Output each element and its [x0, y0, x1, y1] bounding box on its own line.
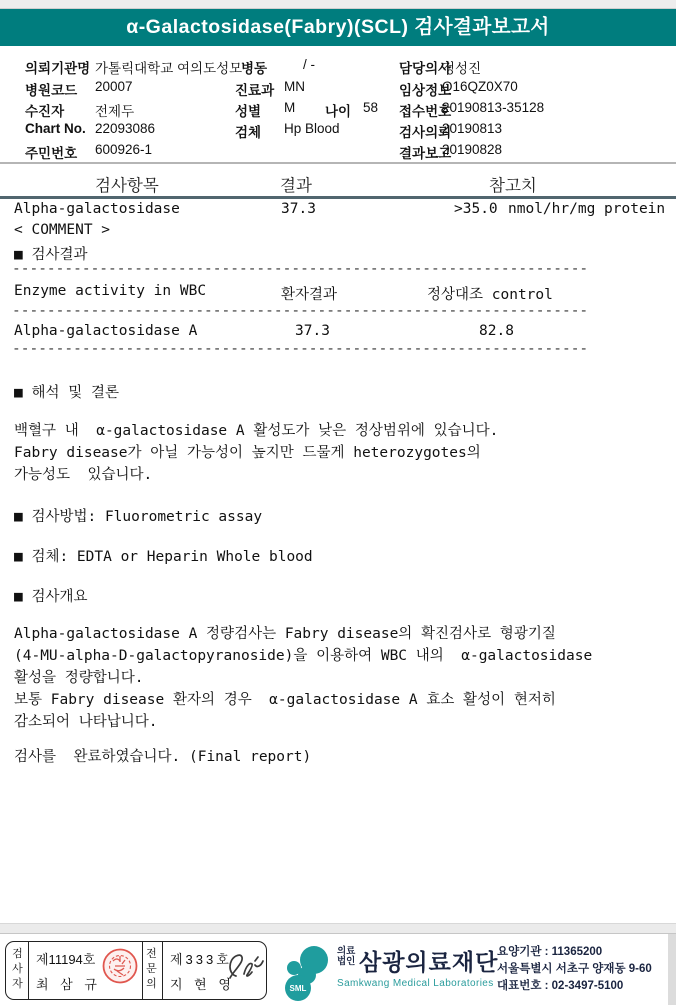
address-line: 서울특별시 서초구 양재동 9-60 — [497, 961, 652, 978]
wbc-table-header-control: 정상대조 control — [427, 283, 553, 304]
dashed-divider: ----------------------------------------… — [12, 341, 588, 357]
dashed-divider: ----------------------------------------… — [12, 261, 588, 277]
info-separator-line — [0, 162, 676, 165]
chart-no-label: Chart No. — [25, 121, 86, 136]
specimen-label: 검체 — [235, 121, 261, 141]
wbc-row-patient-value: 37.3 — [295, 323, 330, 339]
hospital-code-value: 20007 — [95, 79, 133, 94]
sex-label: 성별 — [235, 100, 261, 120]
final-report-line: 검사를 완료하였습니다. (Final report) — [14, 745, 311, 766]
interpretation-line: 가능성도 있습니다. — [14, 463, 152, 484]
page-top-edge — [0, 0, 676, 9]
col-header-reference: 참고치 — [489, 172, 537, 196]
result-test-name: Alpha-galactosidase — [14, 201, 180, 217]
request-date-value: 20190813 — [442, 121, 502, 136]
patient-value: 전제두 — [95, 100, 134, 120]
footer-separator-band — [0, 923, 676, 934]
dept-value: MN — [284, 79, 305, 94]
method-line: ■ 검사방법: Fluorometric assay — [14, 505, 262, 526]
examiner-role-label: 검사자 — [10, 947, 25, 992]
report-title-band: α-Galactosidase(Fabry)(SCL) 검사결과보고서 — [0, 9, 676, 46]
section-title-interpretation: ■ 해석 및 결론 — [14, 381, 119, 402]
corp-type-line2: 법인 — [337, 957, 355, 967]
chart-no-value: 22093086 — [95, 121, 155, 136]
age-label: 나이 — [325, 100, 351, 120]
clinical-value: O16QZ0X70 — [442, 79, 518, 94]
report-page: α-Galactosidase(Fabry)(SCL) 검사결과보고서 의뢰기관… — [0, 0, 676, 1005]
result-unit: nmol/hr/mg protein — [508, 201, 665, 217]
specimen-line: ■ 검체: EDTA or Heparin Whole blood — [14, 545, 313, 566]
section-title-overview: ■ 검사개요 — [14, 585, 88, 606]
wbc-row-control-value: 82.8 — [479, 323, 514, 339]
examiner-stamp-icon — [101, 947, 139, 985]
col-header-result: 결과 — [280, 172, 312, 196]
report-date-value: 20190828 — [442, 142, 502, 157]
rrn-label: 주민번호 — [25, 142, 77, 162]
overview-line: 보통 Fabry disease 환자의 경우 α-galactosidase … — [14, 688, 556, 709]
org-label: 의뢰기관명 — [25, 57, 90, 77]
overview-line: 활성을 정량합니다. — [14, 666, 144, 687]
specialist-signature — [222, 948, 266, 992]
ward-value: / - — [303, 57, 315, 72]
sex-value: M — [284, 100, 295, 115]
org-number-line: 요양기관 : 11365200 — [497, 944, 652, 961]
overview-line: Alpha-galactosidase A 정량검사는 Fabry diseas… — [14, 622, 556, 643]
examiner-license-no: 제11194호 — [36, 949, 95, 968]
doctor-value: 정성진 — [442, 57, 481, 77]
report-title: α-Galactosidase(Fabry)(SCL) 검사결과보고서 — [0, 9, 676, 46]
col-header-item: 검사항목 — [95, 172, 159, 196]
dashed-divider: ----------------------------------------… — [12, 303, 588, 319]
overview-line: (4-MU-alpha-D-galactopyranoside)을 이용하여 W… — [14, 644, 592, 665]
rrn-value: 600926-1 — [95, 142, 152, 157]
footer-contact-block: 요양기관 : 11365200 서울특별시 서초구 양재동 9-60 대표번호 … — [497, 944, 652, 995]
patient-label: 수진자 — [25, 100, 64, 120]
result-value: 37.3 — [281, 201, 316, 217]
result-reference: >35.0 — [454, 201, 498, 217]
signature-box-divider — [162, 942, 163, 999]
sml-logo-text: SML — [290, 984, 307, 993]
examiner-name: 최 삼 규 — [36, 974, 101, 993]
corp-name-english: Samkwang Medical Laboratories — [337, 978, 494, 989]
wbc-table-header-name: Enzyme activity in WBC — [14, 283, 206, 299]
wbc-row-name: Alpha-galactosidase A — [14, 323, 197, 339]
specialist-role-label: 전문의 — [144, 947, 159, 992]
age-value: 58 — [363, 100, 378, 115]
corp-type-label: 의료 법인 — [337, 947, 355, 967]
org-value: 가톨릭대학교 여의도성모 — [95, 57, 242, 77]
corp-name: 삼광의료재단 — [359, 944, 498, 977]
interpretation-line: 백혈구 내 α-galactosidase A 활성도가 낮은 정상범위에 있습… — [14, 419, 498, 440]
ward-label: 병동 — [241, 57, 267, 77]
hospital-code-label: 병원코드 — [25, 79, 77, 99]
dept-label: 진료과 — [235, 79, 274, 99]
comment-title: < COMMENT > — [14, 222, 110, 238]
phone-line: 대표번호 : 02-3497-5100 — [497, 978, 652, 995]
signature-box: 검사자 제11194호 최 삼 규 전문의 제333호 지 현 영 — [5, 941, 267, 1000]
specimen-value: Hp Blood — [284, 121, 340, 136]
page-right-edge — [668, 934, 676, 1005]
sml-logo-icon: SML — [280, 944, 336, 1004]
overview-line: 감소되어 나타납니다. — [14, 710, 158, 731]
accession-value: 20190813-35128 — [442, 100, 544, 115]
signature-box-divider — [28, 942, 29, 999]
wbc-table-header-patient: 환자결과 — [281, 283, 337, 304]
signature-box-divider — [142, 942, 143, 999]
interpretation-line: Fabry disease가 아닐 가능성이 높지만 드물게 heterozyg… — [14, 441, 481, 462]
table-header-underline — [0, 196, 676, 199]
